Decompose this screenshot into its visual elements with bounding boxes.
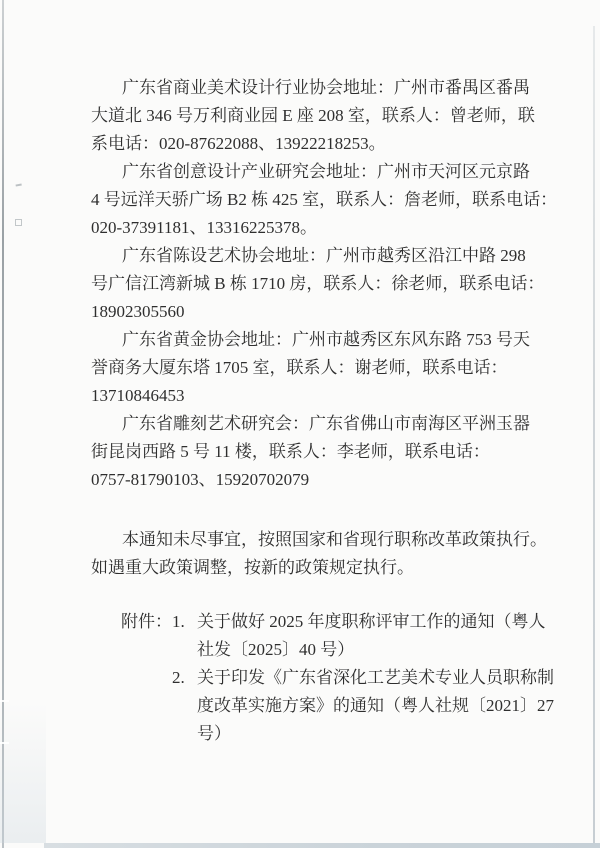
paragraph-line: 020-37391181、13316225378。 [91,214,531,242]
scan-edge-right [593,26,595,844]
scan-edge-bottom [44,843,600,848]
contact-paragraph-commercial-art-design-assoc: 广东省商业美术设计行业协会地址：广州市番禺区番禺 大道北 346 号万利商业园 … [91,74,531,158]
attachments-section: 附件： 1. 关于做好 2025 年度职称评审工作的通知（粤人 社发〔2025〕… [121,608,531,748]
scan-speck [15,219,22,226]
paragraph-line: 13710846453 [91,382,531,410]
paragraph-line: 系电话：020-87622088、13922218253。 [91,130,531,158]
scan-speck [16,184,23,191]
contact-paragraph-creative-design-institute: 广东省创意设计产业研究会地址：广州市天河区元京路 4 号远洋天骄广场 B2 栋 … [91,158,531,242]
attachment-number: 1. [172,608,197,664]
paragraph-line: 4 号远洋天骄广场 B2 栋 425 室，联系人：詹老师，联系电话： [91,186,531,214]
paragraph-line: 度改革实施方案》的通知（粤人社规〔2021〕27 [197,692,531,720]
attachment-item-1: 1. 关于做好 2025 年度职称评审工作的通知（粤人 社发〔2025〕40 号… [172,608,531,664]
contact-paragraph-display-art-assoc: 广东省陈设艺术协会地址：广州市越秀区沿江中路 298 号广信江湾新城 B 栋 1… [91,242,531,326]
paragraph-line: 关于印发《广东省深化工艺美术专业人员职称制 [197,664,531,692]
paragraph-line: 18902305560 [91,298,531,326]
paragraph-line: 广东省黄金协会地址：广州市越秀区东风东路 753 号天 [91,326,531,354]
paragraph-line: 社发〔2025〕40 号） [197,636,531,664]
scan-corner-shadow [0,703,46,843]
attachments-list: 1. 关于做好 2025 年度职称评审工作的通知（粤人 社发〔2025〕40 号… [172,608,531,748]
paragraph-line: 广东省商业美术设计行业协会地址：广州市番禺区番禺 [91,74,531,102]
paragraph-line: 街昆岗西路 5 号 11 楼，联系人：李老师，联系电话： [91,438,531,466]
attachment-number: 2. [172,664,197,748]
attachment-title: 关于印发《广东省深化工艺美术专业人员职称制 度改革实施方案》的通知（粤人社规〔2… [197,664,531,748]
attachments-label: 附件： [121,608,172,748]
paragraph-line: 号广信江湾新城 B 栋 1710 房，联系人：徐老师，联系电话： [91,270,531,298]
paragraph-line: 广东省雕刻艺术研究会：广东省佛山市南海区平洲玉器 [91,410,531,438]
contact-paragraph-carving-art-institute: 广东省雕刻艺术研究会：广东省佛山市南海区平洲玉器 街昆岗西路 5 号 11 楼，… [91,410,531,494]
paragraph-line: 号） [197,720,531,748]
paragraph-line: 广东省创意设计产业研究会地址：广州市天河区元京路 [91,158,531,186]
scan-streak [0,700,9,702]
paragraph-line: 誉商务大厦东塔 1705 室，联系人：谢老师，联系电话： [91,354,531,382]
document-body: 广东省商业美术设计行业协会地址：广州市番禺区番禺 大道北 346 号万利商业园 … [91,74,531,748]
paragraph-line: 如遇重大政策调整，按新的政策规定执行。 [91,554,531,582]
paragraph-line: 0757-81790103、15920702079 [91,466,531,494]
contact-paragraph-gold-assoc: 广东省黄金协会地址：广州市越秀区东风东路 753 号天 誉商务大厦东塔 1705… [91,326,531,410]
closing-policy-paragraph: 本通知未尽事宜，按照国家和省现行职称改革政策执行。 如遇重大政策调整，按新的政策… [91,526,531,582]
attachment-title: 关于做好 2025 年度职称评审工作的通知（粤人 社发〔2025〕40 号） [197,608,531,664]
attachment-item-2: 2. 关于印发《广东省深化工艺美术专业人员职称制 度改革实施方案》的通知（粤人社… [172,664,531,748]
paragraph-line: 关于做好 2025 年度职称评审工作的通知（粤人 [197,608,531,636]
paragraph-line: 广东省陈设艺术协会地址：广州市越秀区沿江中路 298 [91,242,531,270]
paragraph-line: 本通知未尽事宜，按照国家和省现行职称改革政策执行。 [91,526,531,554]
scan-streak [0,742,9,744]
paragraph-line: 大道北 346 号万利商业园 E 座 208 室，联系人：曾老师，联 [91,102,531,130]
scanned-document-page: 广东省商业美术设计行业协会地址：广州市番禺区番禺 大道北 346 号万利商业园 … [0,0,600,848]
